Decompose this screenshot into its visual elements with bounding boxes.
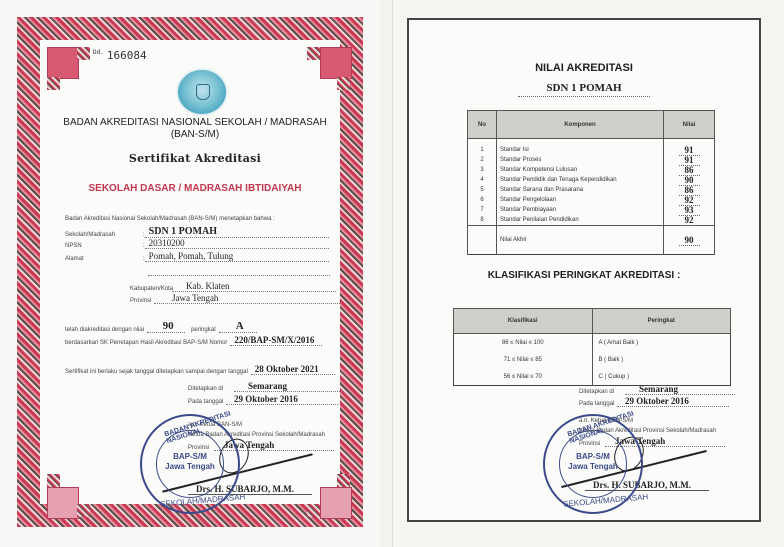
validity-value: 28 Oktober 2021 — [251, 364, 335, 375]
row-no: 4 — [468, 175, 497, 185]
corner-ornament — [337, 77, 350, 90]
classification-title: KLASIFIKASI PERINGKAT AKREDITASI : — [409, 270, 759, 281]
row-no: 2 — [468, 155, 497, 165]
row-score: 91 — [664, 155, 715, 165]
corner-ornament — [320, 487, 352, 519]
npsn-field: NPSN : 20310200 — [65, 238, 329, 249]
classification-table: Klasifikasi Peringkat 86 ≤ Nilai ≤ 100A … — [453, 308, 731, 386]
r-stamp-ring-top: BADAN AKREDITASI NASIONAL — [567, 409, 642, 445]
r-stamp-center-line1: BAP-S/M — [567, 452, 619, 462]
corner-ornament — [47, 47, 79, 79]
row-component: Standar Penilaian Pendidikan — [497, 215, 664, 226]
row-component: Standar Isi — [497, 139, 664, 156]
score-table-row: 2Standar Proses91 — [468, 155, 715, 165]
classification-body: 86 ≤ Nilai ≤ 100A ( Amat Baik )71 ≤ Nila… — [454, 334, 731, 386]
address-label: Alamat — [65, 256, 143, 262]
stamp-center-line1: BAP-S/M — [164, 452, 216, 462]
header-score: Nilai — [664, 111, 715, 139]
validity-label: Sertifikat ini berlaku sejak tanggal dit… — [65, 369, 248, 375]
corner-ornament — [77, 504, 90, 517]
regency-field: Kabupaten/Kota Kab. Klaten — [130, 281, 336, 292]
row-component: Standar Pengelolaan — [497, 195, 664, 205]
header-component: Komponen — [497, 111, 664, 139]
address-value: Pomah, Pomah, Tulung — [145, 251, 329, 262]
row-score: 93 — [664, 205, 715, 215]
row-no: 8 — [468, 215, 497, 226]
r-official-stamp: BADAN AKREDITASI NASIONAL SEKOLAH/MADRAS… — [543, 414, 643, 514]
corner-ornament — [307, 47, 320, 60]
npsn-label: NPSN — [65, 243, 143, 249]
r-issued-date-label: Pada tanggal — [579, 401, 617, 407]
score-table: No Komponen Nilai 1Standar Isi912Standar… — [467, 110, 715, 255]
score-table-header: No Komponen Nilai — [468, 111, 715, 139]
row-no: 1 — [468, 139, 497, 156]
school-field: Sekolah/Madrasah : SDN 1 POMAH — [65, 226, 329, 238]
garuda-hologram-icon — [178, 70, 226, 114]
classification-range: 56 ≤ Nilai ≤ 70 — [454, 368, 593, 386]
final-score-row: Nilai Akhir90 — [468, 226, 715, 255]
r-issued-place-label: Ditetapkan di — [579, 389, 625, 395]
corner-ornament — [77, 47, 90, 60]
score-page-title: NILAI AKREDITASI — [409, 62, 759, 74]
classification-grade: B ( Baik ) — [592, 351, 731, 368]
score-table-row: 7Standar Pembiayaan93 — [468, 205, 715, 215]
issued-date-label: Pada tanggal — [188, 399, 226, 405]
score-table-body: 1Standar Isi912Standar Proses913Standar … — [468, 139, 715, 255]
score-table-row: 4Standar Pendidik dan Tenaga Kependidika… — [468, 175, 715, 185]
row-score: 92 — [664, 195, 715, 205]
score-page-frame: NILAI AKREDITASI SDN 1 POMAH No Komponen… — [407, 18, 761, 522]
classification-grade: C ( Cukup ) — [592, 368, 731, 386]
r-issued-date-value: 29 Oktober 2016 — [617, 396, 729, 407]
classification-range: 71 ≤ Nilai ≤ 85 — [454, 351, 593, 368]
r-issued-place-value: Semarang — [625, 384, 735, 395]
score-value: 90 — [147, 320, 185, 333]
province-label: Provinsi — [130, 298, 154, 304]
agency-name: BADAN AKREDITASI NASIONAL SEKOLAH / MADR… — [60, 117, 330, 129]
row-score: 86 — [664, 165, 715, 175]
sk-field: berdasarkan SK Penetapan Hasil Akreditas… — [65, 335, 322, 346]
r-stamp-center-line2: Jawa Tengah — [567, 462, 619, 472]
score-page-school: SDN 1 POMAH — [409, 78, 759, 96]
final-score: 90 — [664, 226, 715, 255]
final-label: Nilai Akhir — [497, 226, 664, 255]
classification-row: 71 ≤ Nilai ≤ 85B ( Baik ) — [454, 351, 731, 368]
school-value: SDN 1 POMAH — [145, 226, 329, 238]
grade-label: peringkat — [191, 327, 216, 333]
row-component: Standar Pembiayaan — [497, 205, 664, 215]
row-score: 86 — [664, 185, 715, 195]
r-issued-date-field: Pada tanggal 29 Oktober 2016 — [579, 396, 729, 407]
score-table-row: 8Standar Penilaian Pendidikan92 — [468, 215, 715, 226]
regency-value: Kab. Klaten — [172, 281, 336, 292]
issued-place-value: Semarang — [234, 381, 344, 392]
stamp-center-line2: Jawa Tengah — [164, 462, 216, 472]
accreditation-score-page: NILAI AKREDITASI SDN 1 POMAH No Komponen… — [392, 0, 784, 547]
grade-value: A — [219, 320, 257, 333]
address-field: Alamat : Pomah, Pomah, Tulung — [65, 251, 329, 262]
classification-row: 86 ≤ Nilai ≤ 100A ( Amat Baik ) — [454, 334, 731, 352]
header-grade: Peringkat — [592, 309, 731, 334]
corner-ornament — [320, 47, 352, 79]
row-no: 5 — [468, 185, 497, 195]
sk-label: berdasarkan SK Penetapan Hasil Akreditas… — [65, 340, 227, 346]
regency-label: Kabupaten/Kota — [130, 286, 172, 292]
score-table-row: 5Standar Sarana dan Prasarana86 — [468, 185, 715, 195]
corner-ornament — [47, 487, 79, 519]
corner-ornament — [337, 474, 350, 487]
row-score: 90 — [664, 175, 715, 185]
row-component: Standar Sarana dan Prasarana — [497, 185, 664, 195]
row-score: 92 — [664, 215, 715, 226]
classification-row: 56 ≤ Nilai ≤ 70C ( Cukup ) — [454, 368, 731, 386]
classification-header: Klasifikasi Peringkat — [454, 309, 731, 334]
province-field: Provinsi Jawa Tengah — [130, 293, 340, 304]
corner-ornament — [47, 77, 60, 90]
row-no: 3 — [468, 165, 497, 175]
header-no: No — [468, 111, 497, 139]
sk-value: 220/BAP-SM/X/2016 — [230, 335, 322, 346]
row-score: 91 — [664, 139, 715, 156]
intro-text: Badan Akreditasi Nasional Sekolah/Madras… — [65, 216, 275, 222]
issued-place-field: Ditetapkan di Semarang — [188, 381, 344, 392]
school-level: SEKOLAH DASAR / MADRASAH IBTIDAIYAH — [60, 183, 330, 194]
serial-prefix: Dd. — [93, 49, 104, 56]
npsn-value: 20310200 — [145, 238, 329, 249]
serial-number: Dd.166084 — [93, 49, 147, 62]
score-table-row: 6Standar Pengelolaan92 — [468, 195, 715, 205]
row-no: 7 — [468, 205, 497, 215]
serial-value: 166084 — [107, 49, 147, 62]
province-value: Jawa Tengah — [154, 293, 340, 304]
corner-ornament — [47, 474, 60, 487]
official-stamp: BADAN AKREDITASI NASIONAL SEKOLAH/MADRAS… — [140, 414, 240, 514]
issued-date-value: 29 Oktober 2016 — [226, 394, 338, 405]
row-component: Standar Pendidik dan Tenaga Kependidikan — [497, 175, 664, 185]
row-component: Standar Kompetensi Lulusan — [497, 165, 664, 175]
issued-date-field: Pada tanggal 29 Oktober 2016 — [188, 394, 338, 405]
validity-field: Sertifikat ini berlaku sejak tanggal dit… — [65, 364, 335, 375]
score-table-row: 3Standar Kompetensi Lulusan86 — [468, 165, 715, 175]
issued-place-label: Ditetapkan di — [188, 386, 234, 392]
score-label: telah diakreditasi dengan nilai — [65, 327, 144, 333]
agency-abbr: (BAN-S/M) — [60, 129, 330, 141]
score-field: telah diakreditasi dengan nilai 90 perin… — [65, 320, 257, 333]
stamp-center: BAP-S/M Jawa Tengah — [164, 452, 216, 472]
row-no: 6 — [468, 195, 497, 205]
certificate-title: Sertifikat Akreditasi — [60, 152, 330, 165]
accreditation-certificate: Dd.166084 BADAN AKREDITASI NASIONAL SEKO… — [0, 0, 380, 547]
classification-grade: A ( Amat Baik ) — [592, 334, 731, 352]
r-stamp-center: BAP-S/M Jawa Tengah — [567, 452, 619, 472]
row-component: Standar Proses — [497, 155, 664, 165]
address-blank-line — [148, 275, 330, 276]
r-stamp-ring-bottom: SEKOLAH/MADRASAH — [563, 492, 649, 508]
header-classification: Klasifikasi — [454, 309, 593, 334]
r-issued-place-field: Ditetapkan di Semarang — [579, 384, 735, 395]
classification-range: 86 ≤ Nilai ≤ 100 — [454, 334, 593, 352]
score-table-row: 1Standar Isi91 — [468, 139, 715, 156]
corner-ornament — [307, 504, 320, 517]
